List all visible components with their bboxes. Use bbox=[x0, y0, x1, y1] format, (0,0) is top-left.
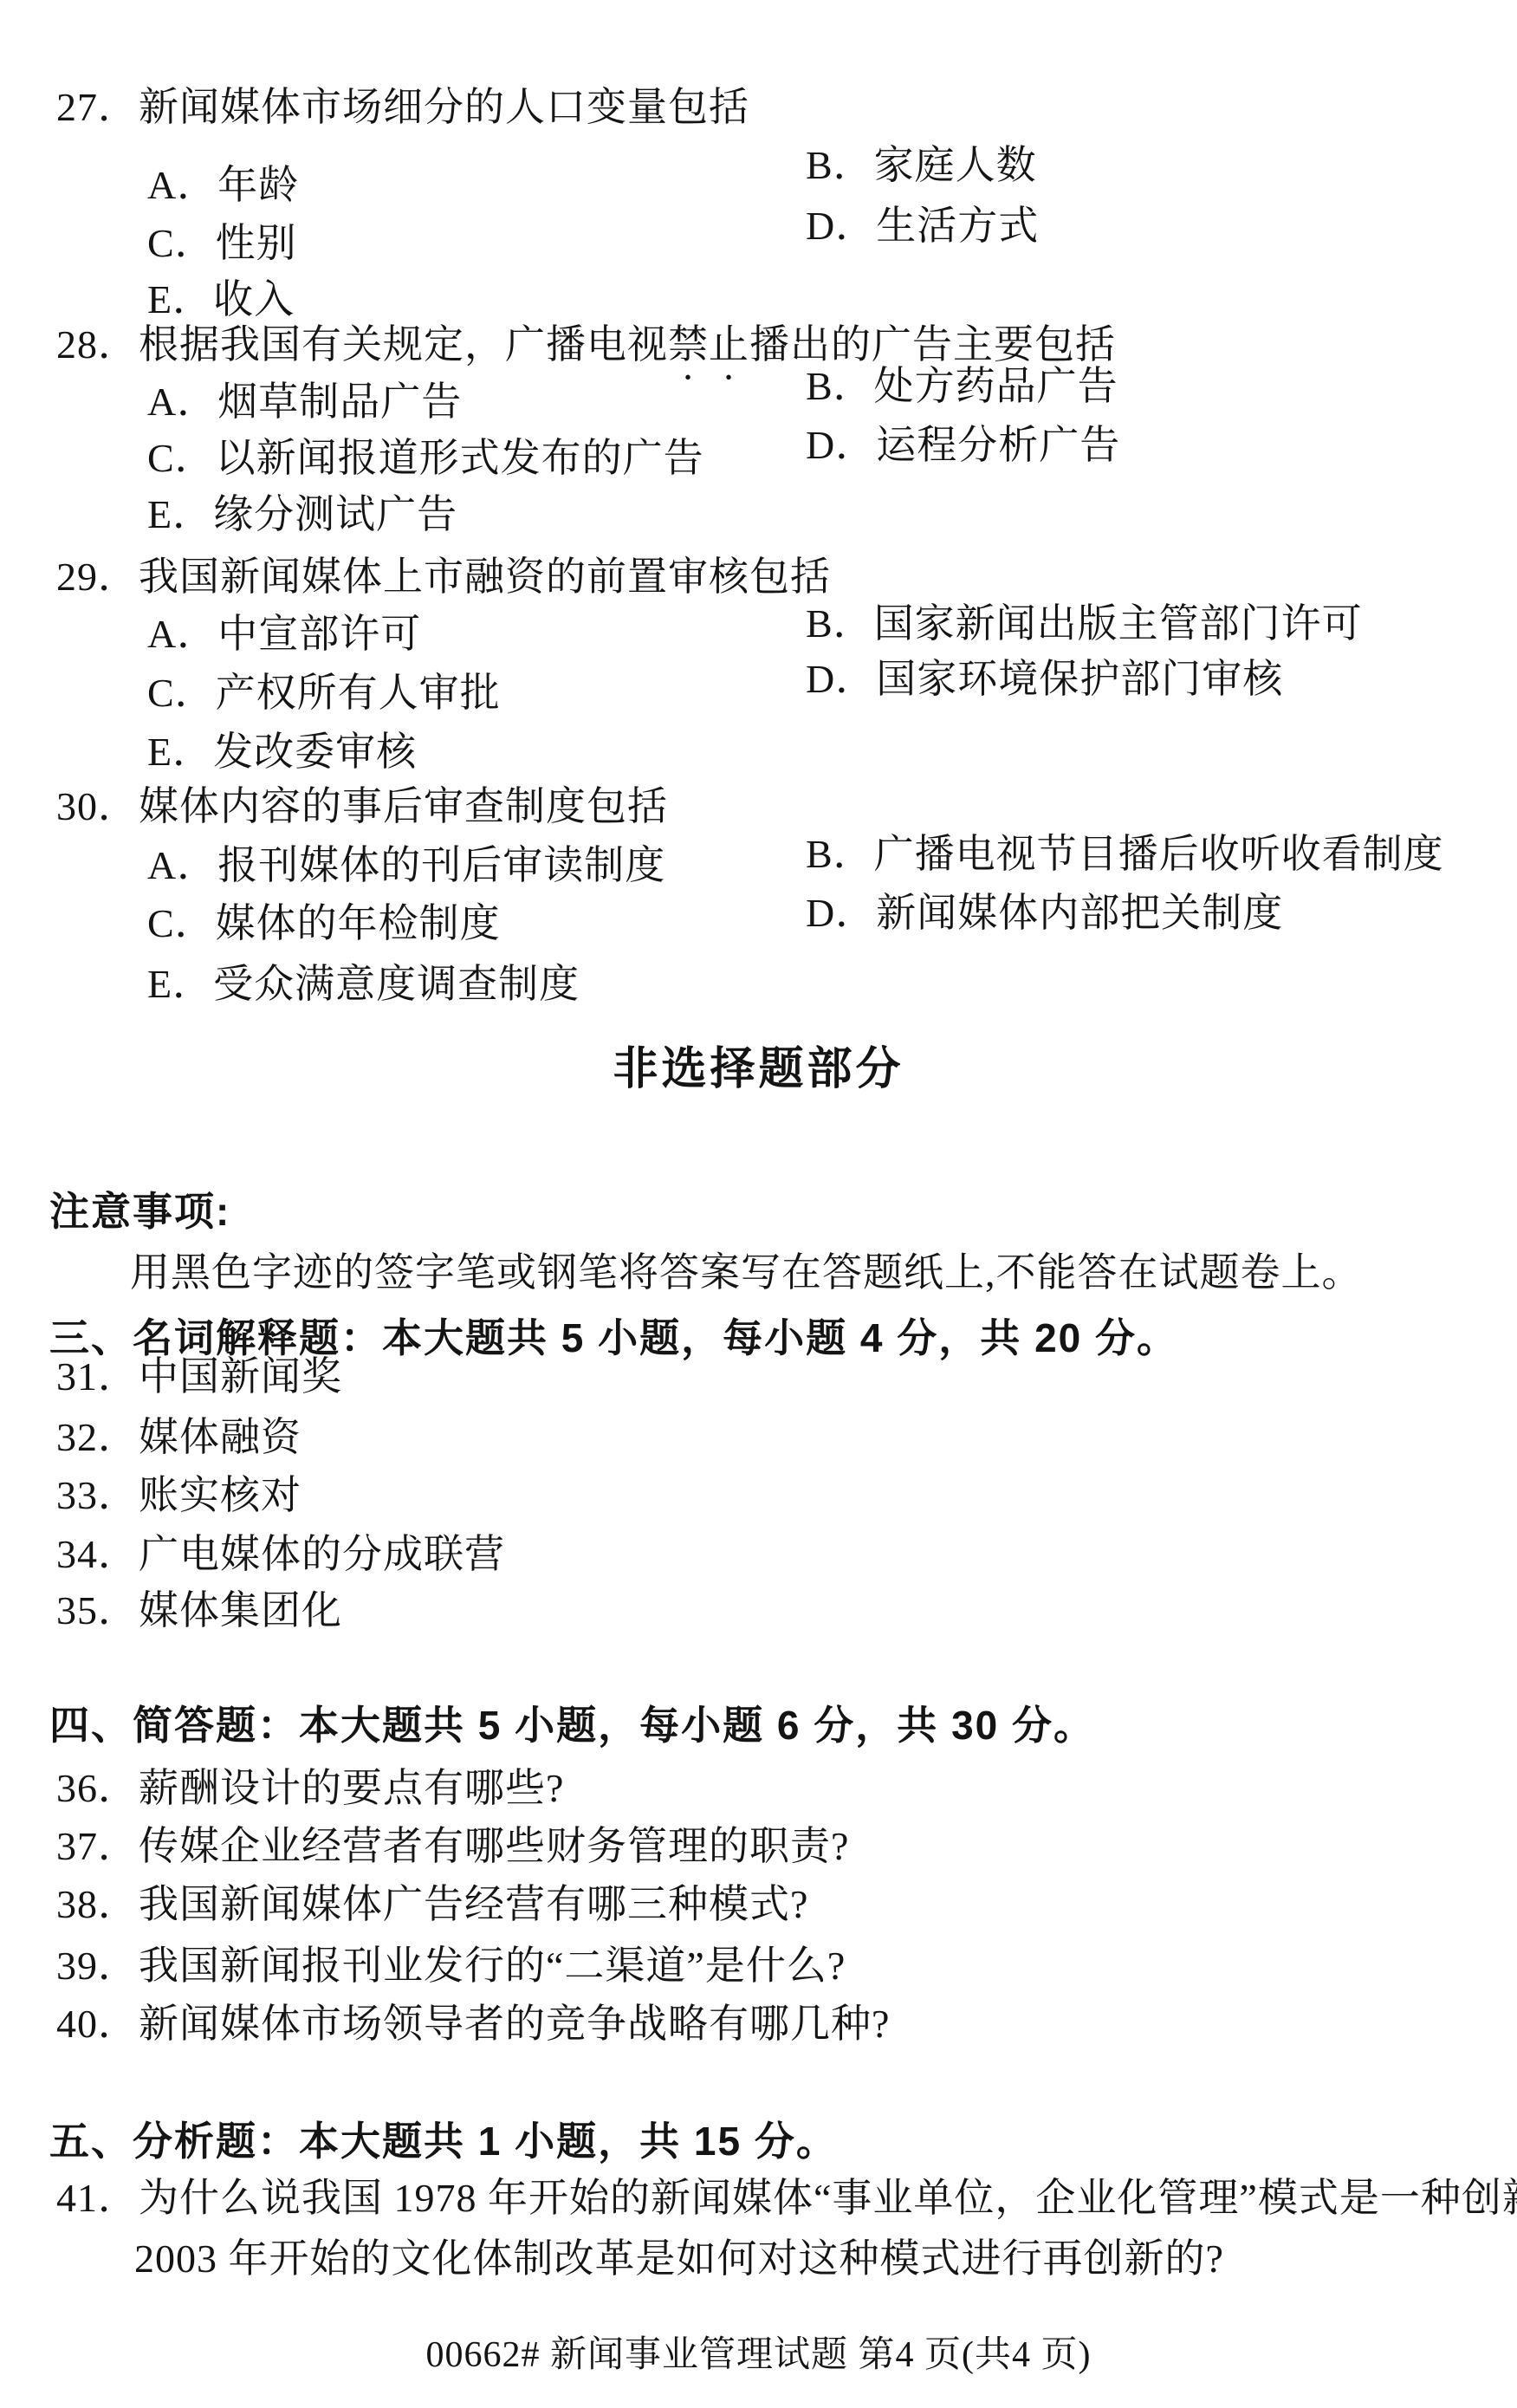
section-4-heading: 四、简答题：本大题共 5 小题，每小题 6 分，共 30 分。 bbox=[49, 1703, 1095, 1749]
question-29-option-b: B．国家新闻出版主管部门许可 bbox=[806, 601, 1363, 647]
question-41-line-1: 41．为什么说我国 1978 年开始的新闻媒体“事业单位，企业化管理”模式是一种… bbox=[56, 2176, 1517, 2222]
question-29-stem: 29．我国新闻媒体上市融资的前置审核包括 bbox=[56, 555, 831, 600]
question-33: 33．账实核对 bbox=[56, 1473, 301, 1519]
question-29-option-d: D．国家环境保护部门审核 bbox=[806, 657, 1283, 703]
question-28-option-b: B．处方药品广告 bbox=[806, 364, 1118, 410]
question-38: 38．我国新闻媒体广告经营有哪三种模式? bbox=[56, 1882, 808, 1928]
question-40: 40．新闻媒体市场领导者的竞争战略有哪几种? bbox=[56, 2002, 890, 2048]
question-28-option-c: C．以新闻报道形式发布的广告 bbox=[147, 436, 704, 482]
question-29-option-a: A．中宣部许可 bbox=[147, 612, 421, 658]
question-27-option-e: E．收入 bbox=[147, 277, 295, 323]
question-30-option-e: E．受众满意度调查制度 bbox=[147, 962, 580, 1008]
section-5-heading: 五、分析题：本大题共 1 小题，共 15 分。 bbox=[49, 2119, 838, 2165]
question-28-stem-emphasis: 禁止 bbox=[668, 322, 749, 367]
question-28-option-d: D．运程分析广告 bbox=[806, 423, 1120, 469]
question-41-line-2: 2003 年开始的文化体制改革是如何对这种模式进行再创新的? bbox=[134, 2236, 1224, 2282]
question-34: 34．广电媒体的分成联营 bbox=[56, 1532, 505, 1578]
question-30-option-d: D．新闻媒体内部把关制度 bbox=[806, 891, 1283, 937]
question-29-option-c: C．产权所有人审批 bbox=[147, 671, 501, 717]
question-39: 39．我国新闻报刊业发行的“二渠道”是什么? bbox=[56, 1944, 846, 1989]
page-footer: 00662# 新闻事业管理试题 第4 页(共4 页) bbox=[0, 2334, 1517, 2376]
question-30-stem: 30．媒体内容的事后审查制度包括 bbox=[56, 784, 668, 830]
question-27-option-a: A．年龄 bbox=[147, 163, 299, 209]
question-36: 36．薪酬设计的要点有哪些? bbox=[56, 1766, 564, 1812]
question-29-option-e: E．发改委审核 bbox=[147, 730, 417, 776]
notes-body: 用黑色字迹的签字笔或钢笔将答案写在答题纸上,不能答在试题卷上。 bbox=[130, 1250, 1363, 1296]
question-28-option-a: A．烟草制品广告 bbox=[147, 380, 462, 425]
question-30-option-c: C．媒体的年检制度 bbox=[147, 901, 501, 947]
question-31: 31．中国新闻奖 bbox=[56, 1354, 342, 1400]
question-32: 32．媒体融资 bbox=[56, 1415, 301, 1461]
section-title: 非选择题部分 bbox=[0, 1044, 1517, 1096]
question-37: 37．传媒企业经营者有哪些财务管理的职责? bbox=[56, 1824, 849, 1870]
question-30-option-b: B．广播电视节目播后收听收看制度 bbox=[806, 832, 1444, 878]
exam-page: 27．新闻媒体市场细分的人口变量包括 A．年龄 B．家庭人数 C．性别 D．生活… bbox=[0, 0, 1517, 2408]
question-27-stem: 27．新闻媒体市场细分的人口变量包括 bbox=[56, 85, 749, 131]
question-30-option-a: A．报刊媒体的刊后审读制度 bbox=[147, 843, 665, 889]
question-27-option-d: D．生活方式 bbox=[806, 204, 1039, 250]
question-28-option-e: E．缘分测试广告 bbox=[147, 492, 457, 538]
question-27-option-b: B．家庭人数 bbox=[806, 143, 1037, 189]
notes-heading: 注意事项: bbox=[49, 1189, 230, 1235]
question-35: 35．媒体集团化 bbox=[56, 1588, 342, 1634]
question-28-stem-post: 播出的广告主要包括 bbox=[749, 322, 1116, 367]
question-28-stem-pre: 28．根据我国有关规定，广播电视 bbox=[56, 322, 668, 367]
question-27-option-c: C．性别 bbox=[147, 221, 297, 267]
